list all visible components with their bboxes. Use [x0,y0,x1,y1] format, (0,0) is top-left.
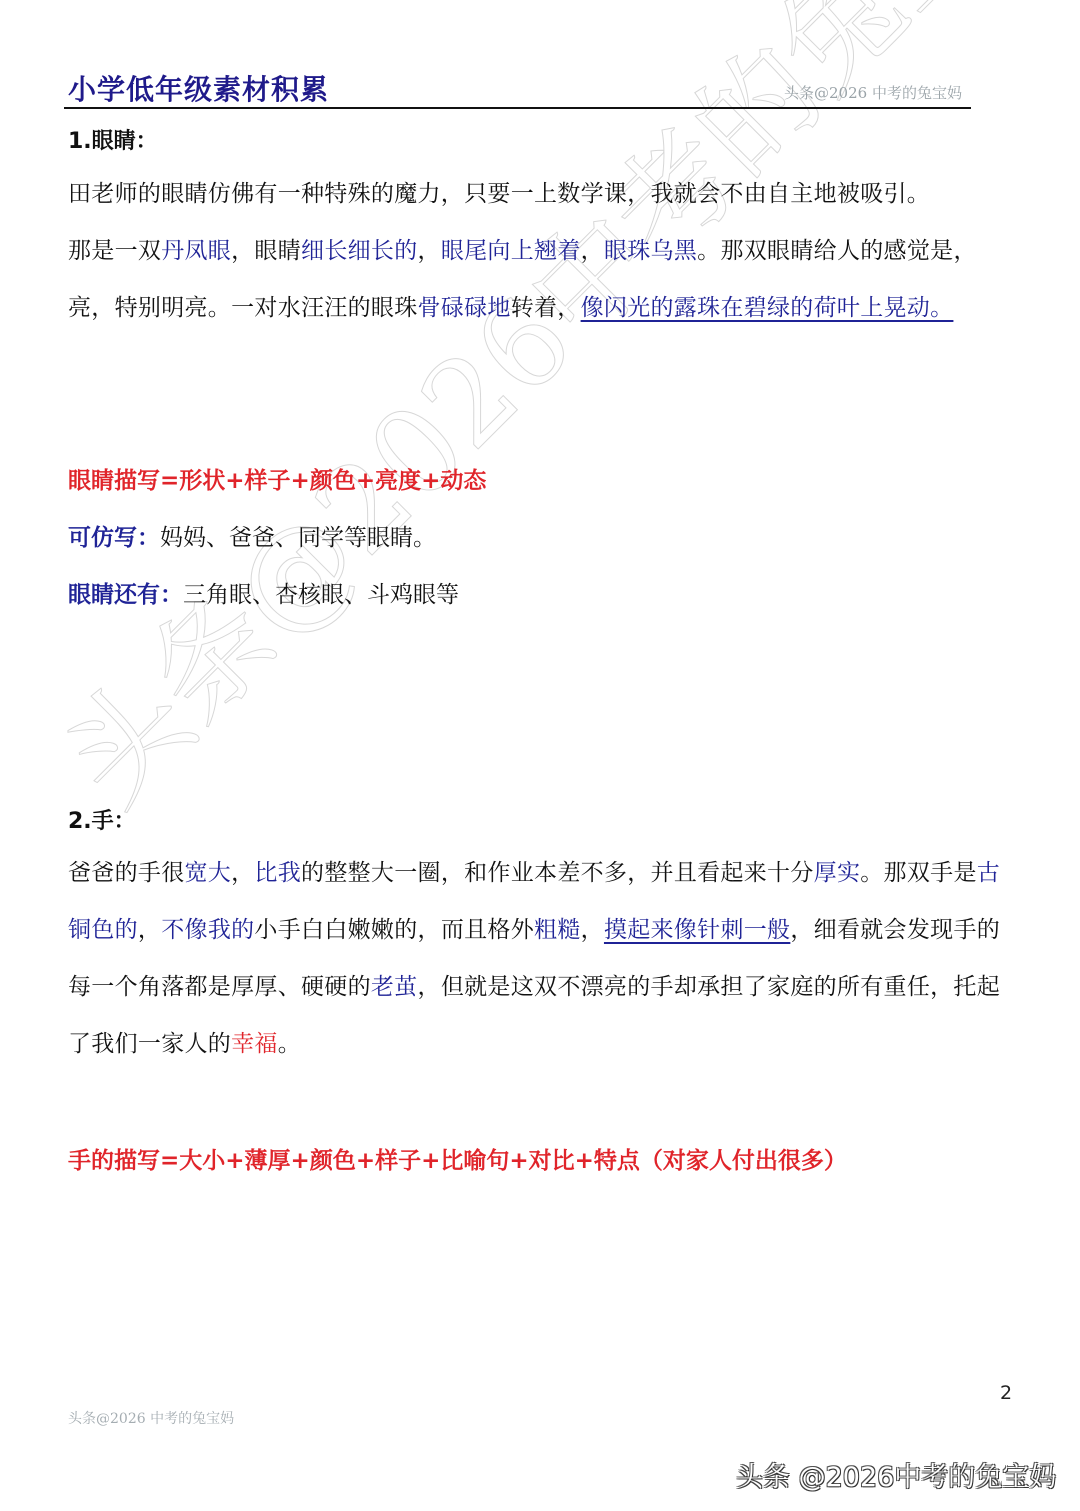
text-segment: 。那双手是 [860,860,977,886]
text-segment: ， [231,860,254,886]
text-segment: 那是一双 [68,238,161,264]
highlight-phrase: 比我 [254,860,301,886]
text-segment: ， [418,238,441,264]
paragraph-eyes: 田老师的眼睛仿佛有一种特殊的魔力，只要一上数学课，我就会不由自主地被吸引。 那是… [68,166,1018,337]
text-segment: ， [581,238,604,264]
text-segment: 小手白白嫩嫩的，而且格外 [254,917,534,943]
text-segment: ，眼睛 [231,238,301,264]
highlight-phrase: 骨碌碌地 [418,295,511,321]
highlight-phrase: 丹凤眼 [161,238,231,264]
section-heading-hands: 2.手： [68,804,136,835]
platform-watermark: 头条 @2026中考的兔宝妈 [736,1455,1056,1494]
text-segment: 的整整大一圈，和作业本差不多，并且看起来十分 [301,860,814,886]
text-segment: 田老师的眼睛仿佛有一种特殊的魔力，只要一上数学课，我就会不由自主地被吸引。 [68,181,930,207]
text-segment: 转着， [511,295,581,321]
emphasis-phrase: 幸福 [231,1031,278,1057]
text-segment: 。 [278,1031,301,1057]
paragraph-hands: 爸爸的手很宽大，比我的整整大一圈，和作业本差不多，并且看起来十分厚实。那双手是古… [68,845,1018,1073]
header-divider [64,107,971,109]
formula-hands: 手的描写=大小+薄厚+颜色+样子+比喻句+对比+特点（对家人付出很多） [68,1142,847,1175]
highlight-phrase: 老茧 [371,974,418,1000]
highlight-phrase: 粗糙 [534,917,581,943]
note-eye-types: 眼睛还有：三角眼、杏核眼、斗鸡眼等 [68,576,459,609]
note-text: 妈妈、爸爸、同学等眼睛。 [160,525,436,551]
highlight-phrase: 厚实 [814,860,861,886]
highlight-phrase: 不像我的 [161,917,254,943]
note-label: 可仿写： [68,525,160,551]
footer-watermark: 头条@2026 中考的兔宝妈 [68,1408,234,1428]
text-segment: 爸爸的手很 [68,860,185,886]
text-segment: ， [581,917,604,943]
highlight-phrase: 眼珠乌黑 [604,238,697,264]
note-text: 三角眼、杏核眼、斗鸡眼等 [183,582,459,608]
page-number: 2 [1000,1382,1012,1404]
text-segment: ， [138,917,161,943]
underlined-simile: 像闪光的露珠在碧绿的荷叶上晃动。 [581,295,954,321]
page-title: 小学低年级素材积累 [68,68,329,108]
diagonal-watermark: 头条@2026中考的兔宝妈 [20,0,1080,835]
underlined-simile: 摸起来像针刺一般 [604,917,790,943]
note-imitate: 可仿写：妈妈、爸爸、同学等眼睛。 [68,519,436,552]
highlight-phrase: 细长细长的 [301,238,418,264]
highlight-phrase: 眼尾向上翘着 [441,238,581,264]
highlight-phrase: 宽大 [185,860,232,886]
note-label: 眼睛还有： [68,582,183,608]
header-watermark: 头条@2026 中考的兔宝妈 [784,82,962,103]
section-heading-eyes: 1.眼睛： [68,124,158,155]
formula-eyes: 眼睛描写=形状+样子+颜色+亮度+动态 [68,462,486,495]
